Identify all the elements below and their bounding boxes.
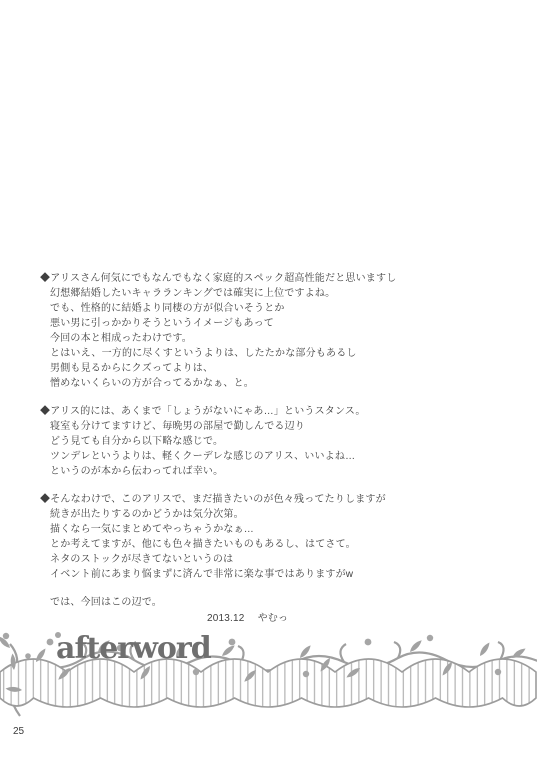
afterword-paragraph: ◆アリス的には、あくまで「しょうがないにゃあ…」というスタンス。 寝室も分けてま… [40, 404, 500, 479]
afterword-line: というのが本から伝わってれば幸い。 [40, 464, 500, 479]
afterword-line: 幻想郷結婚したいキャラランキングでは確実に上位ですよね。 [40, 286, 500, 301]
signature-date: 2013.12 [207, 613, 245, 624]
lace-band [0, 659, 536, 707]
afterword-line: ネタのストックが尽きてないというのは [40, 552, 500, 567]
afterword-title: afterword [56, 631, 211, 666]
afterword-line: ◆アリス的には、あくまで「しょうがないにゃあ…」というスタンス。 [40, 404, 500, 419]
afterword-line: どう見ても自分から以下略な感じで。 [40, 434, 500, 449]
afterword-text-block: ◆アリスさん何気にでもなんでもなく家庭的スペック超高性能だと思いますし 幻想郷結… [40, 271, 500, 626]
afterword-line: 寝室も分けてますけど、毎晩男の部屋で勤しんでる辺り [40, 419, 500, 434]
afterword-line: とはいえ、一方的に尽くすというよりは、したたかな部分もあるし [40, 346, 500, 361]
afterword-line: 男側も見るからにクズってよりは、 [40, 361, 500, 376]
afterword-line: 悪い男に引っかかりそうというイメージもあって [40, 316, 500, 331]
afterword-line: 憎めないくらいの方が合ってるかなぁ、と。 [40, 376, 500, 391]
afterword-line: ツンデレというよりは、軽くクーデレな感じのアリス、いいよね… [40, 449, 500, 464]
afterword-line: 描くなら一気にまとめてやっちゃうかなぁ… [40, 522, 500, 537]
afterword-line: 今回の本と相成ったわけです。 [40, 331, 500, 346]
afterword-line: イベント前にあまり悩まずに済んで非常に楽な事ではありますがw [40, 567, 500, 582]
afterword-line: ◆そんなわけで、このアリスで、まだ描きたいのが色々残ってたりしますが [40, 492, 500, 507]
page-number: 25 [13, 726, 24, 737]
afterword-line: 続きが出たりするのかどうかは気分次第。 [40, 507, 500, 522]
afterword-line: でも、性格的に結婚より同棲の方が似合いそうとか [40, 301, 500, 316]
signature-name: やむっ [258, 613, 289, 624]
afterword-line: ◆アリスさん何気にでもなんでもなく家庭的スペック超高性能だと思いますし [40, 271, 500, 286]
closing-line: では、今回はこの辺で。 [40, 595, 500, 610]
signature: 2013.12やむっ [40, 611, 500, 626]
afterword-page: ◆アリスさん何気にでもなんでもなく家庭的スペック超高性能だと思いますし 幻想郷結… [0, 0, 537, 759]
afterword-line: とか考えてますが、他にも色々描きたいものもあるし、はてさて。 [40, 537, 500, 552]
afterword-paragraph: ◆そんなわけで、このアリスで、まだ描きたいのが色々残ってたりしますが 続きが出た… [40, 492, 500, 582]
afterword-paragraph: ◆アリスさん何気にでもなんでもなく家庭的スペック超高性能だと思いますし 幻想郷結… [40, 271, 500, 391]
